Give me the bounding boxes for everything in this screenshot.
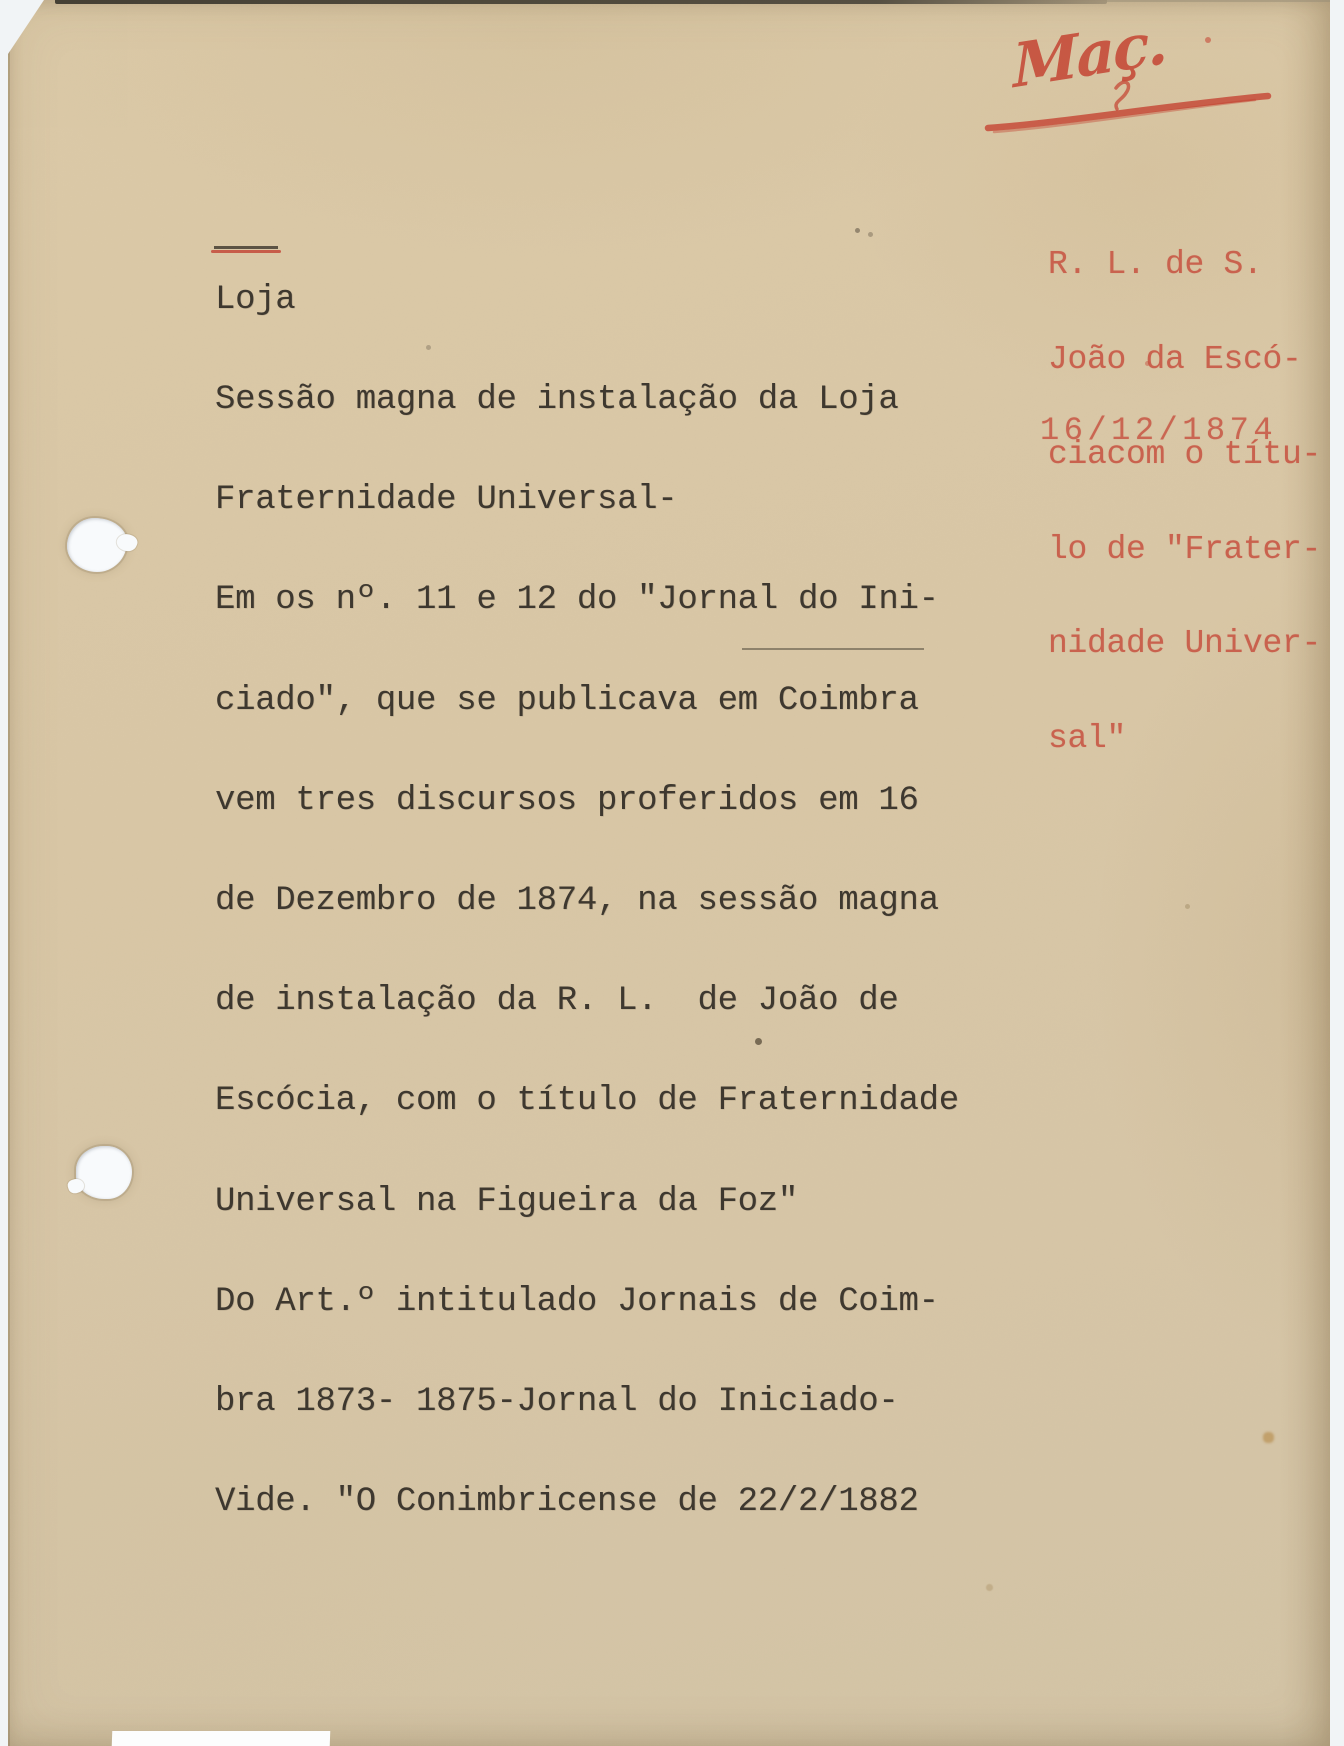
- title-underline-red: [211, 250, 281, 253]
- body-line: de instalação da R. L. de João de: [215, 985, 959, 1018]
- body-line: Do Art.º intitulado Jornais de Coim-: [215, 1286, 959, 1319]
- body-title: Loja: [215, 284, 959, 317]
- margin-date: 16/12/1874: [1040, 412, 1277, 449]
- margin-note-line: R. L. de S.: [1048, 249, 1321, 281]
- body-line: Universal na Figueira da Foz": [215, 1186, 959, 1219]
- margin-note-line: João da Escó-: [1048, 344, 1321, 376]
- body-line: Sessão magna de instalação da Loja: [215, 384, 959, 417]
- body-line: vem tres discursos proferidos em 16: [215, 785, 959, 818]
- body-line: de Dezembro de 1874, na sessão magna: [215, 885, 959, 918]
- body-line: Fraternidade Universal-: [215, 484, 959, 517]
- title-underline-typed: [214, 246, 278, 249]
- scan-top-edge-shadow: [55, 0, 1107, 4]
- body-line: bra 1873- 1875-Jornal do Iniciado-: [215, 1386, 959, 1419]
- paper-speckles: [0, 0, 3, 3]
- body-line: Escócia, com o título de Fraternidade: [215, 1085, 959, 1118]
- punch-hole-bottom: [76, 1146, 132, 1199]
- margin-note-line: lo de "Frater-: [1048, 534, 1321, 566]
- scanned-document-page: Maç. Loja Sessão magna de instalação da …: [0, 0, 1344, 1746]
- margin-note-line: sal": [1048, 723, 1321, 755]
- body-line: Em os nº. 11 e 12 do "Jornal do Ini-: [215, 584, 959, 617]
- body-line: ciado", que se publicava em Coimbra: [215, 685, 959, 718]
- citation-date-underline: [742, 648, 924, 650]
- typewritten-body: Loja Sessão magna de instalação da Loja …: [215, 217, 959, 1586]
- margin-note-red: R. L. de S. João da Escó- ciacom o títu-…: [1048, 186, 1321, 818]
- scan-top-edge-light: [1107, 0, 1330, 2]
- margin-note-line: nidade Univer-: [1048, 628, 1321, 660]
- handwritten-flourish-underline: [950, 10, 1300, 150]
- bottom-edge-sticker: [112, 1731, 331, 1746]
- body-line: Vide. "O Conimbricense de 22/2/1882: [215, 1486, 959, 1519]
